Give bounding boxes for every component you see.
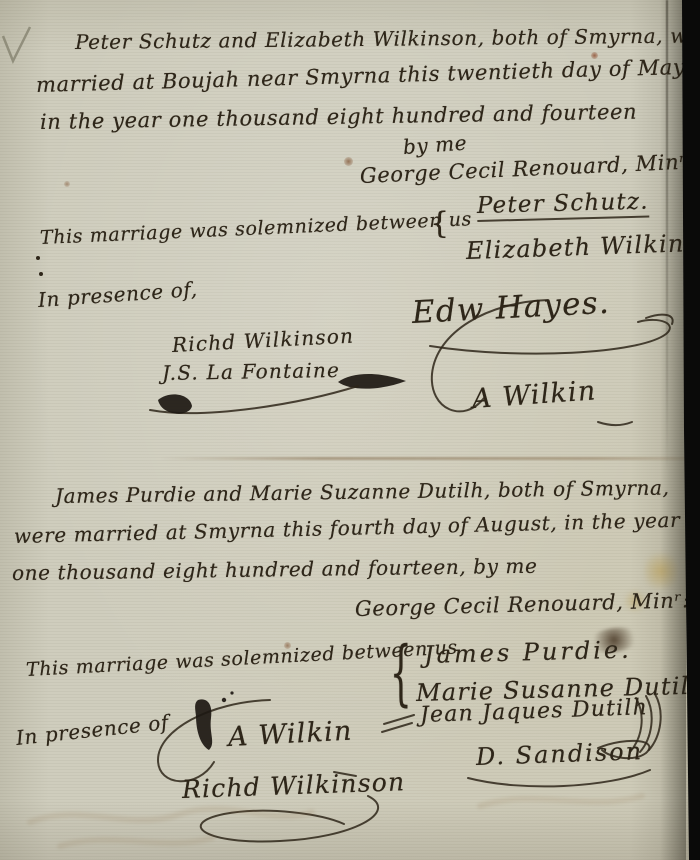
page-edge-shadow [660, 0, 686, 860]
bleedthrough-marks [480, 796, 642, 806]
bleedthrough-marks [60, 838, 212, 846]
fox-spot [64, 181, 70, 187]
entry2-body-line3: one thousand eight hundred and fourteen,… [12, 554, 538, 585]
entry2-witness-a-wilkin: A Wilkin [227, 715, 353, 752]
entry2-witness-d-sandison: D. Sandison [476, 737, 644, 771]
richd2-loop-flourish [201, 796, 378, 842]
entry2-groom-signature: James Purdie. [424, 636, 632, 669]
fold-crease [160, 457, 700, 460]
entry1-body-line3: in the year one thousand eight hundred a… [40, 100, 638, 134]
entry1-presence-label: In presence of, [37, 277, 198, 312]
entry2-brace: { [390, 632, 412, 716]
entry2-body-line1: James Purdie and Marie Suzanne Dutilh, b… [55, 475, 670, 508]
entry2-body-line2: were married at Smyrna this fourth day o… [14, 508, 681, 548]
fox-spot [344, 157, 353, 166]
pencil-checkmark [3, 27, 30, 61]
entry1-witness-la-fontaine: J.S. La Fontaine [162, 358, 340, 385]
entry1-body-line2: married at Boujah near Smyrna this twent… [36, 55, 686, 97]
wilkin1-tail [598, 422, 632, 425]
entry1-solemnized-statement: This marriage was solemnized between us [40, 208, 473, 249]
register-page: Peter Schutz and Elizabeth Wilkinson, bo… [0, 0, 700, 860]
wilkin2-ink-blot [195, 699, 212, 750]
entry1-by-me: by me [402, 131, 468, 159]
bleedthrough-marks [30, 809, 312, 822]
lafontaine-ink-blot [338, 374, 406, 389]
entry1-witness-richd-wilkinson: Richd Wilkinson [171, 323, 354, 357]
entry1-groom-signature: Peter Schutz. [477, 189, 649, 222]
entry1-brace: { [430, 206, 450, 241]
lafontaine-swash [150, 386, 358, 413]
ink-dot [36, 256, 40, 260]
entry2-presence-label: In presence of [15, 710, 170, 750]
sandison-underline [468, 770, 650, 786]
entry1-witness-edw-hayes: Edw Hayes. [411, 285, 611, 331]
lafontaine-ink-blot2 [158, 394, 192, 413]
wilkin2-ink-speck [230, 691, 233, 694]
entry2-minister-signature: George Cecil Renouard, Minʳ: [355, 588, 691, 621]
dutilh-prefix-dashes [382, 715, 414, 732]
entry1-body-line1: Peter Schutz and Elizabeth Wilkinson, bo… [75, 23, 700, 54]
entry1-witness-a-wilkin: A Wilkin [471, 375, 597, 415]
entry2-witness-richd-wilkinson: Richd Wilkinson [181, 767, 405, 804]
wilkin2-ink-speck [222, 698, 226, 702]
ink-dot [39, 272, 43, 276]
